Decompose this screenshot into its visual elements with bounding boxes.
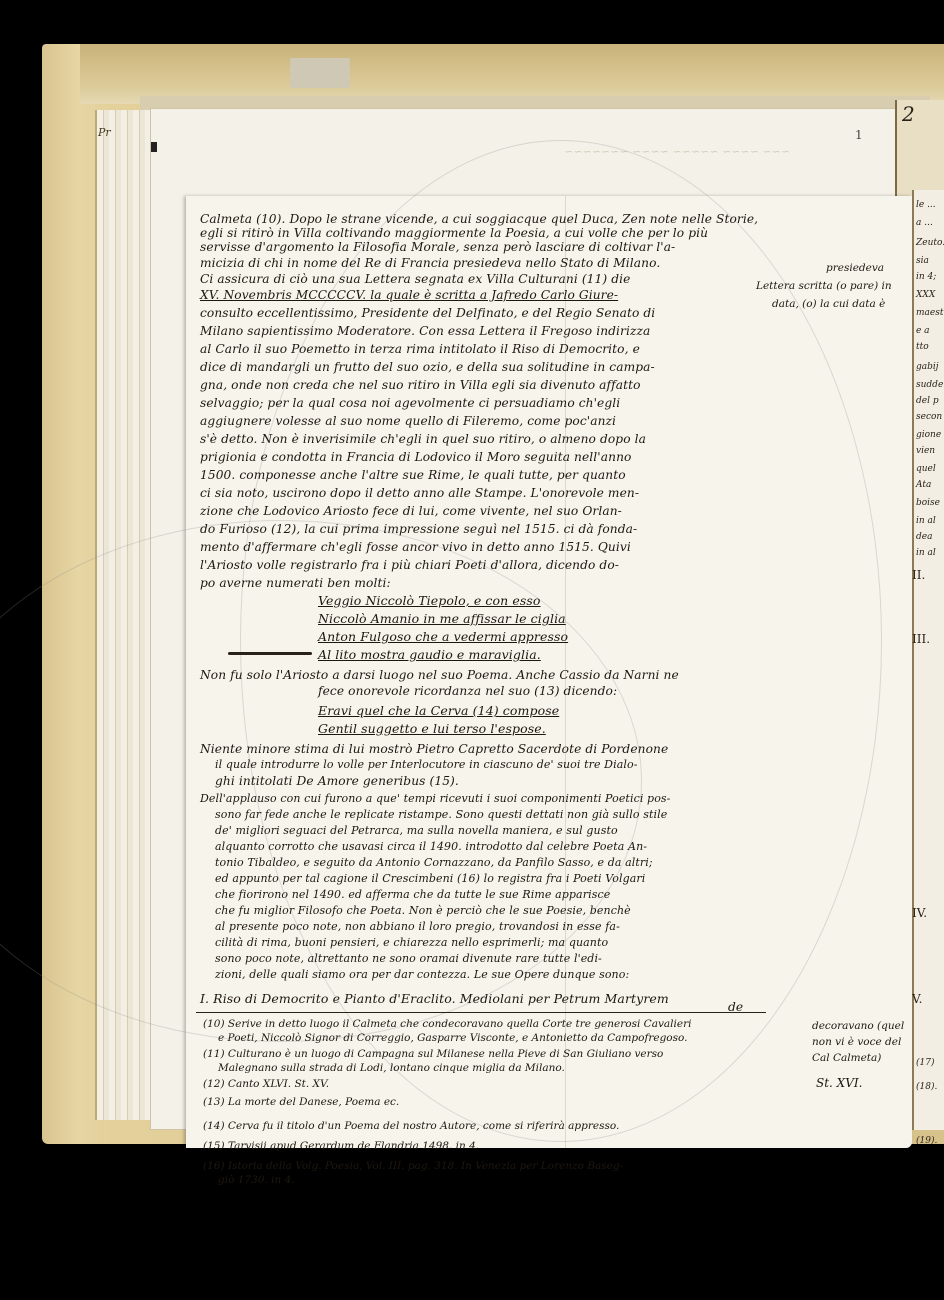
numeral: IV.: [912, 906, 927, 920]
text-line: cilità di rima, buoni pensieri, e chiare…: [215, 936, 608, 950]
numeral: V.: [912, 992, 922, 1006]
margin-note: data, (o) la cui data è: [772, 298, 885, 310]
text-line: mento d'affermare ch'egli fosse ancor vi…: [200, 540, 631, 554]
fragment: (18).: [916, 1082, 937, 1092]
works-list-item: I. Riso di Democrito e Pianto d'Eraclito…: [200, 992, 669, 1006]
text-line: sono poco note, altrettanto ne sono oram…: [215, 952, 602, 966]
fragment: Zeuto...: [916, 238, 944, 248]
text-line: micizia di chi in nome del Re di Francia…: [200, 256, 660, 270]
verse-line: Gentil suggetto e lui terso l'espose.: [318, 722, 546, 736]
text-line: Dell'applauso con cui furono a que' temp…: [200, 792, 670, 806]
footnote-number: (11): [203, 1048, 225, 1060]
footnote-number: (15): [203, 1140, 225, 1152]
text-line: consulto eccellentissimo, Presidente del…: [200, 306, 655, 320]
fragment: in al: [916, 516, 936, 526]
fragment: Ata: [916, 480, 931, 490]
text-line: Calmeta (10). Dopo le strane vicende, a …: [200, 212, 758, 226]
fragment: tto: [916, 342, 929, 352]
footnote-number: (12): [203, 1078, 225, 1090]
fragment: boise: [916, 498, 940, 508]
footnote-text: Canto XLVI. St. XV.: [228, 1078, 329, 1090]
text-line: Milano sapientissimo Moderatore. Con ess…: [200, 324, 650, 338]
text-line: che fu miglior Filosofo che Poeta. Non è…: [215, 904, 631, 918]
fragment: del p: [916, 396, 939, 406]
fragment: vien: [916, 446, 935, 456]
fragment: quel: [916, 464, 936, 474]
verse-line: Anton Fulgoso che a vedermi appresso: [318, 630, 568, 644]
text-line: aggiugnere volesse al suo nome quello di…: [200, 414, 616, 428]
spine-label: Pr: [98, 126, 111, 139]
text-line: dice di mandargli un frutto del suo ozio…: [200, 360, 655, 374]
footnote-text: Malegnano sulla strada di Lodi, lontano …: [218, 1062, 565, 1074]
footnote-text: Culturano è un luogo di Campagna sul Mil…: [228, 1048, 663, 1060]
fragment: in 4;: [916, 272, 936, 282]
struck-out-word: [228, 652, 312, 655]
numeral: III.: [912, 632, 930, 646]
text-line: XV. Novembris MCCCCCV. la quale è scritt…: [200, 288, 618, 302]
fragment: e a: [916, 326, 930, 336]
verse-line: Eravi quel che la Cerva (14) compose: [318, 704, 559, 718]
fragment: dea: [916, 532, 932, 542]
text-line: de' migliori seguaci del Petrarca, ma su…: [215, 824, 618, 838]
footnote-text: La morte del Danese, Poema ec.: [228, 1096, 399, 1108]
footnote-text: Cerva fu il titolo d'un Poema del nostro…: [228, 1120, 619, 1132]
text-line: Ci assicura di ciò una sua Lettera segna…: [200, 272, 630, 286]
text-line: ci sia noto, uscirono dopo il detto anno…: [200, 486, 639, 500]
text-line: ed appunto per tal cagione il Crescimben…: [215, 872, 645, 886]
fragment: XXX: [916, 290, 935, 300]
text-line: fece onorevole ricordanza nel suo (13) d…: [318, 684, 617, 698]
footnote-text: giò 1730. in 4.: [218, 1174, 295, 1186]
fragment: maest: [916, 308, 943, 318]
page-number: 2: [902, 102, 915, 126]
text-line: tonio Tibaldeo, e seguito da Antonio Cor…: [215, 856, 653, 870]
margin-note: Lettera scritta (o pare) in: [756, 280, 892, 292]
text-line: servisse d'argomento la Filosofia Morale…: [200, 240, 675, 254]
fragment: in al: [916, 548, 936, 558]
text-line: Niente minore stima di lui mostrò Pietro…: [200, 742, 668, 756]
text-line: 1500. componesse anche l'altre sue Rime,…: [200, 468, 626, 482]
margin-note: presiedeva: [826, 262, 884, 274]
margin-note: St. XVI.: [816, 1076, 862, 1090]
fragment: (17): [916, 1058, 934, 1068]
text-line: do Furioso (12), la cui prima impression…: [200, 522, 637, 536]
text-line: al Carlo il suo Poemetto in terza rima i…: [200, 342, 640, 356]
margin-note: Cal Calmeta): [812, 1052, 881, 1064]
footnote-rule: [196, 1012, 766, 1013]
cover-top-edge: [80, 44, 944, 104]
footnote-text: Istoria della Volg. Poesia, Vol. III. pa…: [228, 1160, 623, 1172]
fragment: secon: [916, 412, 942, 422]
footnote-number: (13): [203, 1096, 225, 1108]
footnote-text: Serive in detto luogo il Calmeta che con…: [228, 1018, 692, 1030]
numeral: II.: [912, 568, 925, 582]
margin-note: decoravano (quel: [812, 1020, 904, 1032]
fragment: sia: [916, 256, 929, 266]
text-line: al presente poco note, non abbiano il lo…: [215, 920, 620, 934]
text-line: ghi intitolati De Amore generibus (15).: [215, 774, 459, 788]
footnote-number: (14): [203, 1120, 225, 1132]
corner-mark: 1: [855, 128, 863, 142]
text-line: sono far fede anche le replicate ristamp…: [215, 808, 667, 822]
text-line: prigionia e condotta in Francia di Lodov…: [200, 450, 631, 464]
footnote-number: (10): [203, 1018, 225, 1030]
text-line: che fiorirono nel 1490. ed afferma che d…: [215, 888, 610, 902]
footnote-text: Tarvisii apud Gerardum de Flandria 1498.…: [228, 1140, 479, 1152]
fragment: sudde: [916, 380, 943, 390]
margin-note: non vi è voce del: [812, 1036, 901, 1048]
text-line: alquanto corrotto che usavasi circa il 1…: [215, 840, 647, 854]
text-line: Non fu solo l'Ariosto a darsi luogo nel …: [200, 668, 679, 682]
text-line: gna, onde non creda che nel suo ritiro i…: [200, 378, 641, 392]
fragment: le ...: [916, 200, 936, 210]
fragment: gione: [916, 430, 941, 440]
fragment: a ...: [916, 218, 933, 228]
verse-line: Veggio Niccolò Tiepolo, e con esso: [318, 594, 541, 608]
text-line: zione che Lodovico Ariosto fece di lui, …: [200, 504, 622, 518]
text-line: il quale introdurre lo volle per Interlo…: [215, 758, 638, 772]
fragment: (19).: [916, 1136, 937, 1146]
text-line: l'Ariosto volle registrarlo fra i più ch…: [200, 558, 619, 572]
text-line: s'è detto. Non è inverisimile ch'egli in…: [200, 432, 646, 446]
text-line: po averne numerati ben molti:: [200, 576, 391, 590]
footnote-text: e Poeti, Niccolò Signor di Correggio, Ga…: [218, 1032, 688, 1044]
fragment: gabij: [916, 362, 939, 372]
text-line: egli si ritirò in Villa coltivando maggi…: [200, 226, 708, 240]
footnote-number: (16): [203, 1160, 225, 1172]
verse-line: Niccolò Amanio in me affissar le ciglia: [318, 612, 566, 626]
verse-line: Al lito mostra gaudio e maraviglia.: [318, 648, 541, 662]
tab-marker: [151, 142, 157, 152]
cover-patch: [290, 58, 350, 88]
text-line: selvaggio; per la qual cosa noi agevolme…: [200, 396, 620, 410]
text-line: zioni, delle quali siamo ora per dar con…: [215, 968, 629, 982]
